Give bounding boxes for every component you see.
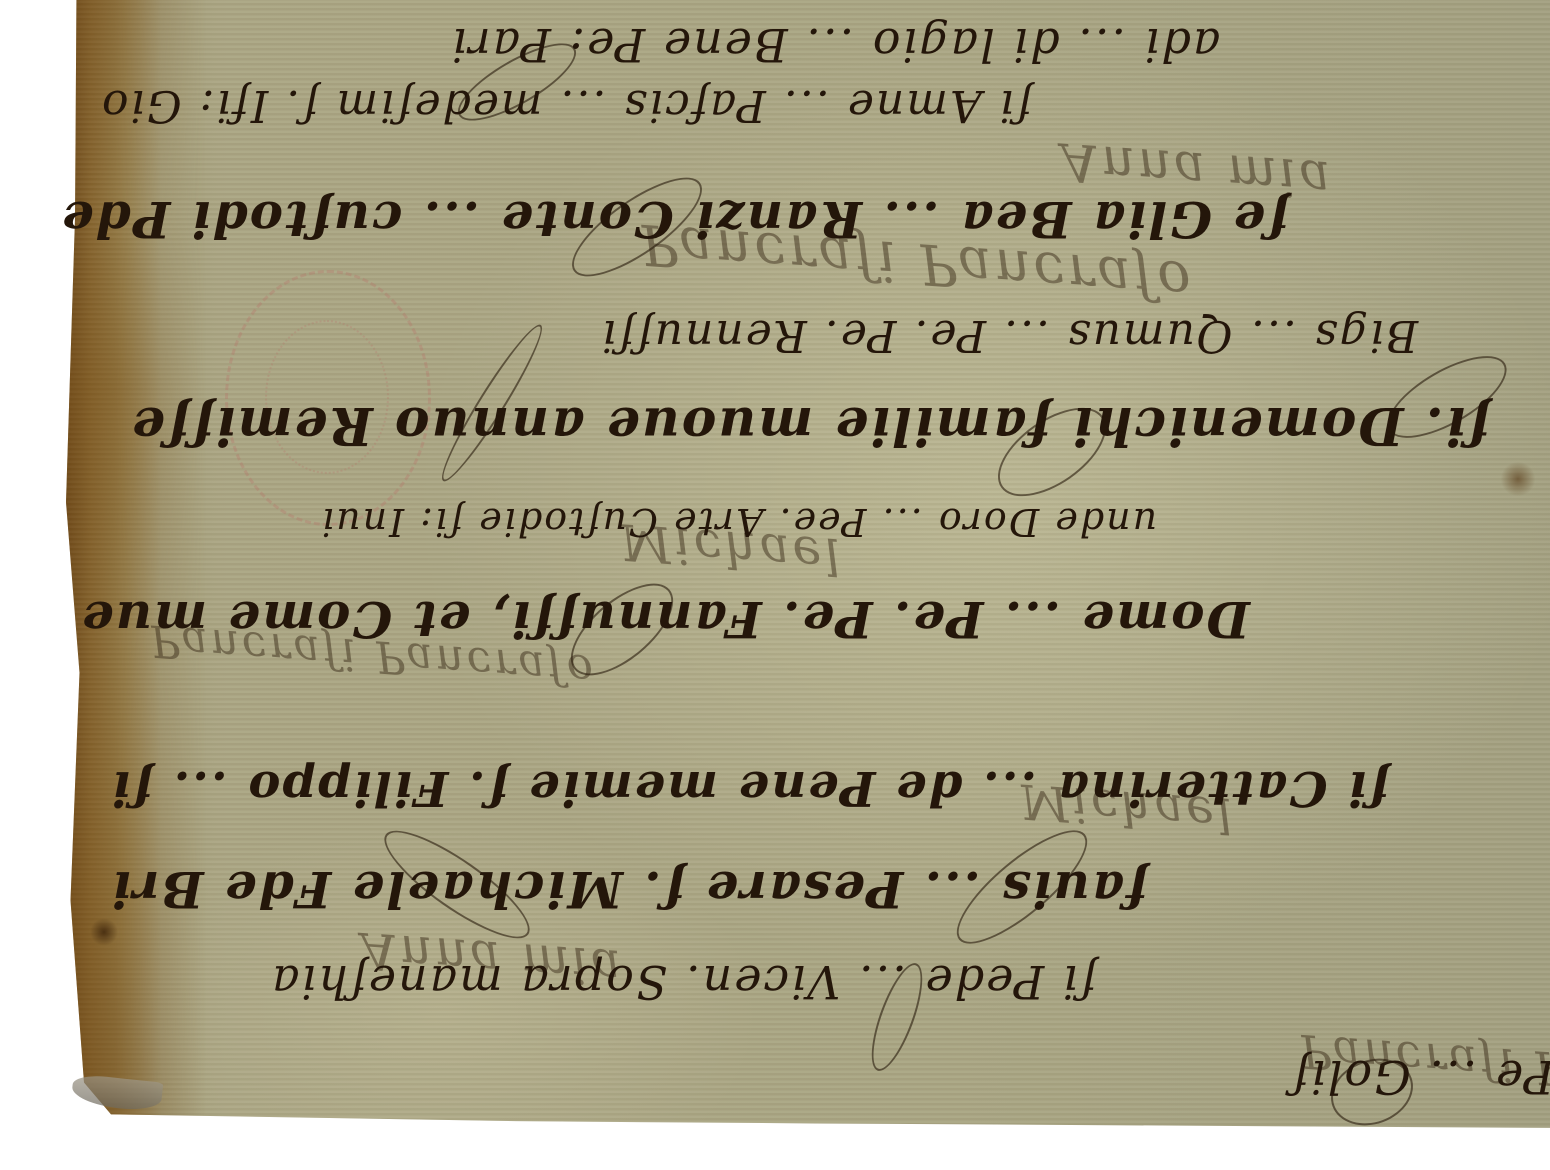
manuscript-line: ſi Amne ... Pafcis ... medeſim ſ. Ifi: G… <box>100 80 1032 131</box>
manuscript-line: Dome ... Pe. Pe. Fannuſſi, et Come mue <box>80 590 1250 649</box>
manuscript-line: Pe ... Goliſ <box>1290 1050 1550 1104</box>
manuscript-line: adi ... di lagio ... Bene Pe: Pari <box>450 18 1220 72</box>
manuscript-line: ſi Catterina ... de Pene memie ſ. Filipp… <box>110 760 1389 816</box>
manuscript-line: fauis ... Pesare ſ. Michaele Fde Bri <box>110 860 1148 919</box>
manuscript-line: ſe Glia Bea ... Ranzi Conte ... cuſtodi … <box>60 190 1289 249</box>
manuscript-line: Bigs ... Qumus ... Pe. Pe. Rennuſſi <box>600 310 1418 361</box>
manuscript-line: unde Doro ... Pee. Arte Cuſtodie ſi: Inu… <box>320 500 1157 544</box>
manuscript-line: ſi. Domenichi familie muoue annuo Remiſſ… <box>130 395 1490 456</box>
ink-stain <box>1500 462 1536 496</box>
ink-stain <box>90 918 118 946</box>
manuscript-line: ſi Pede ... Vicen. Sopra maneſhia <box>270 955 1097 1009</box>
